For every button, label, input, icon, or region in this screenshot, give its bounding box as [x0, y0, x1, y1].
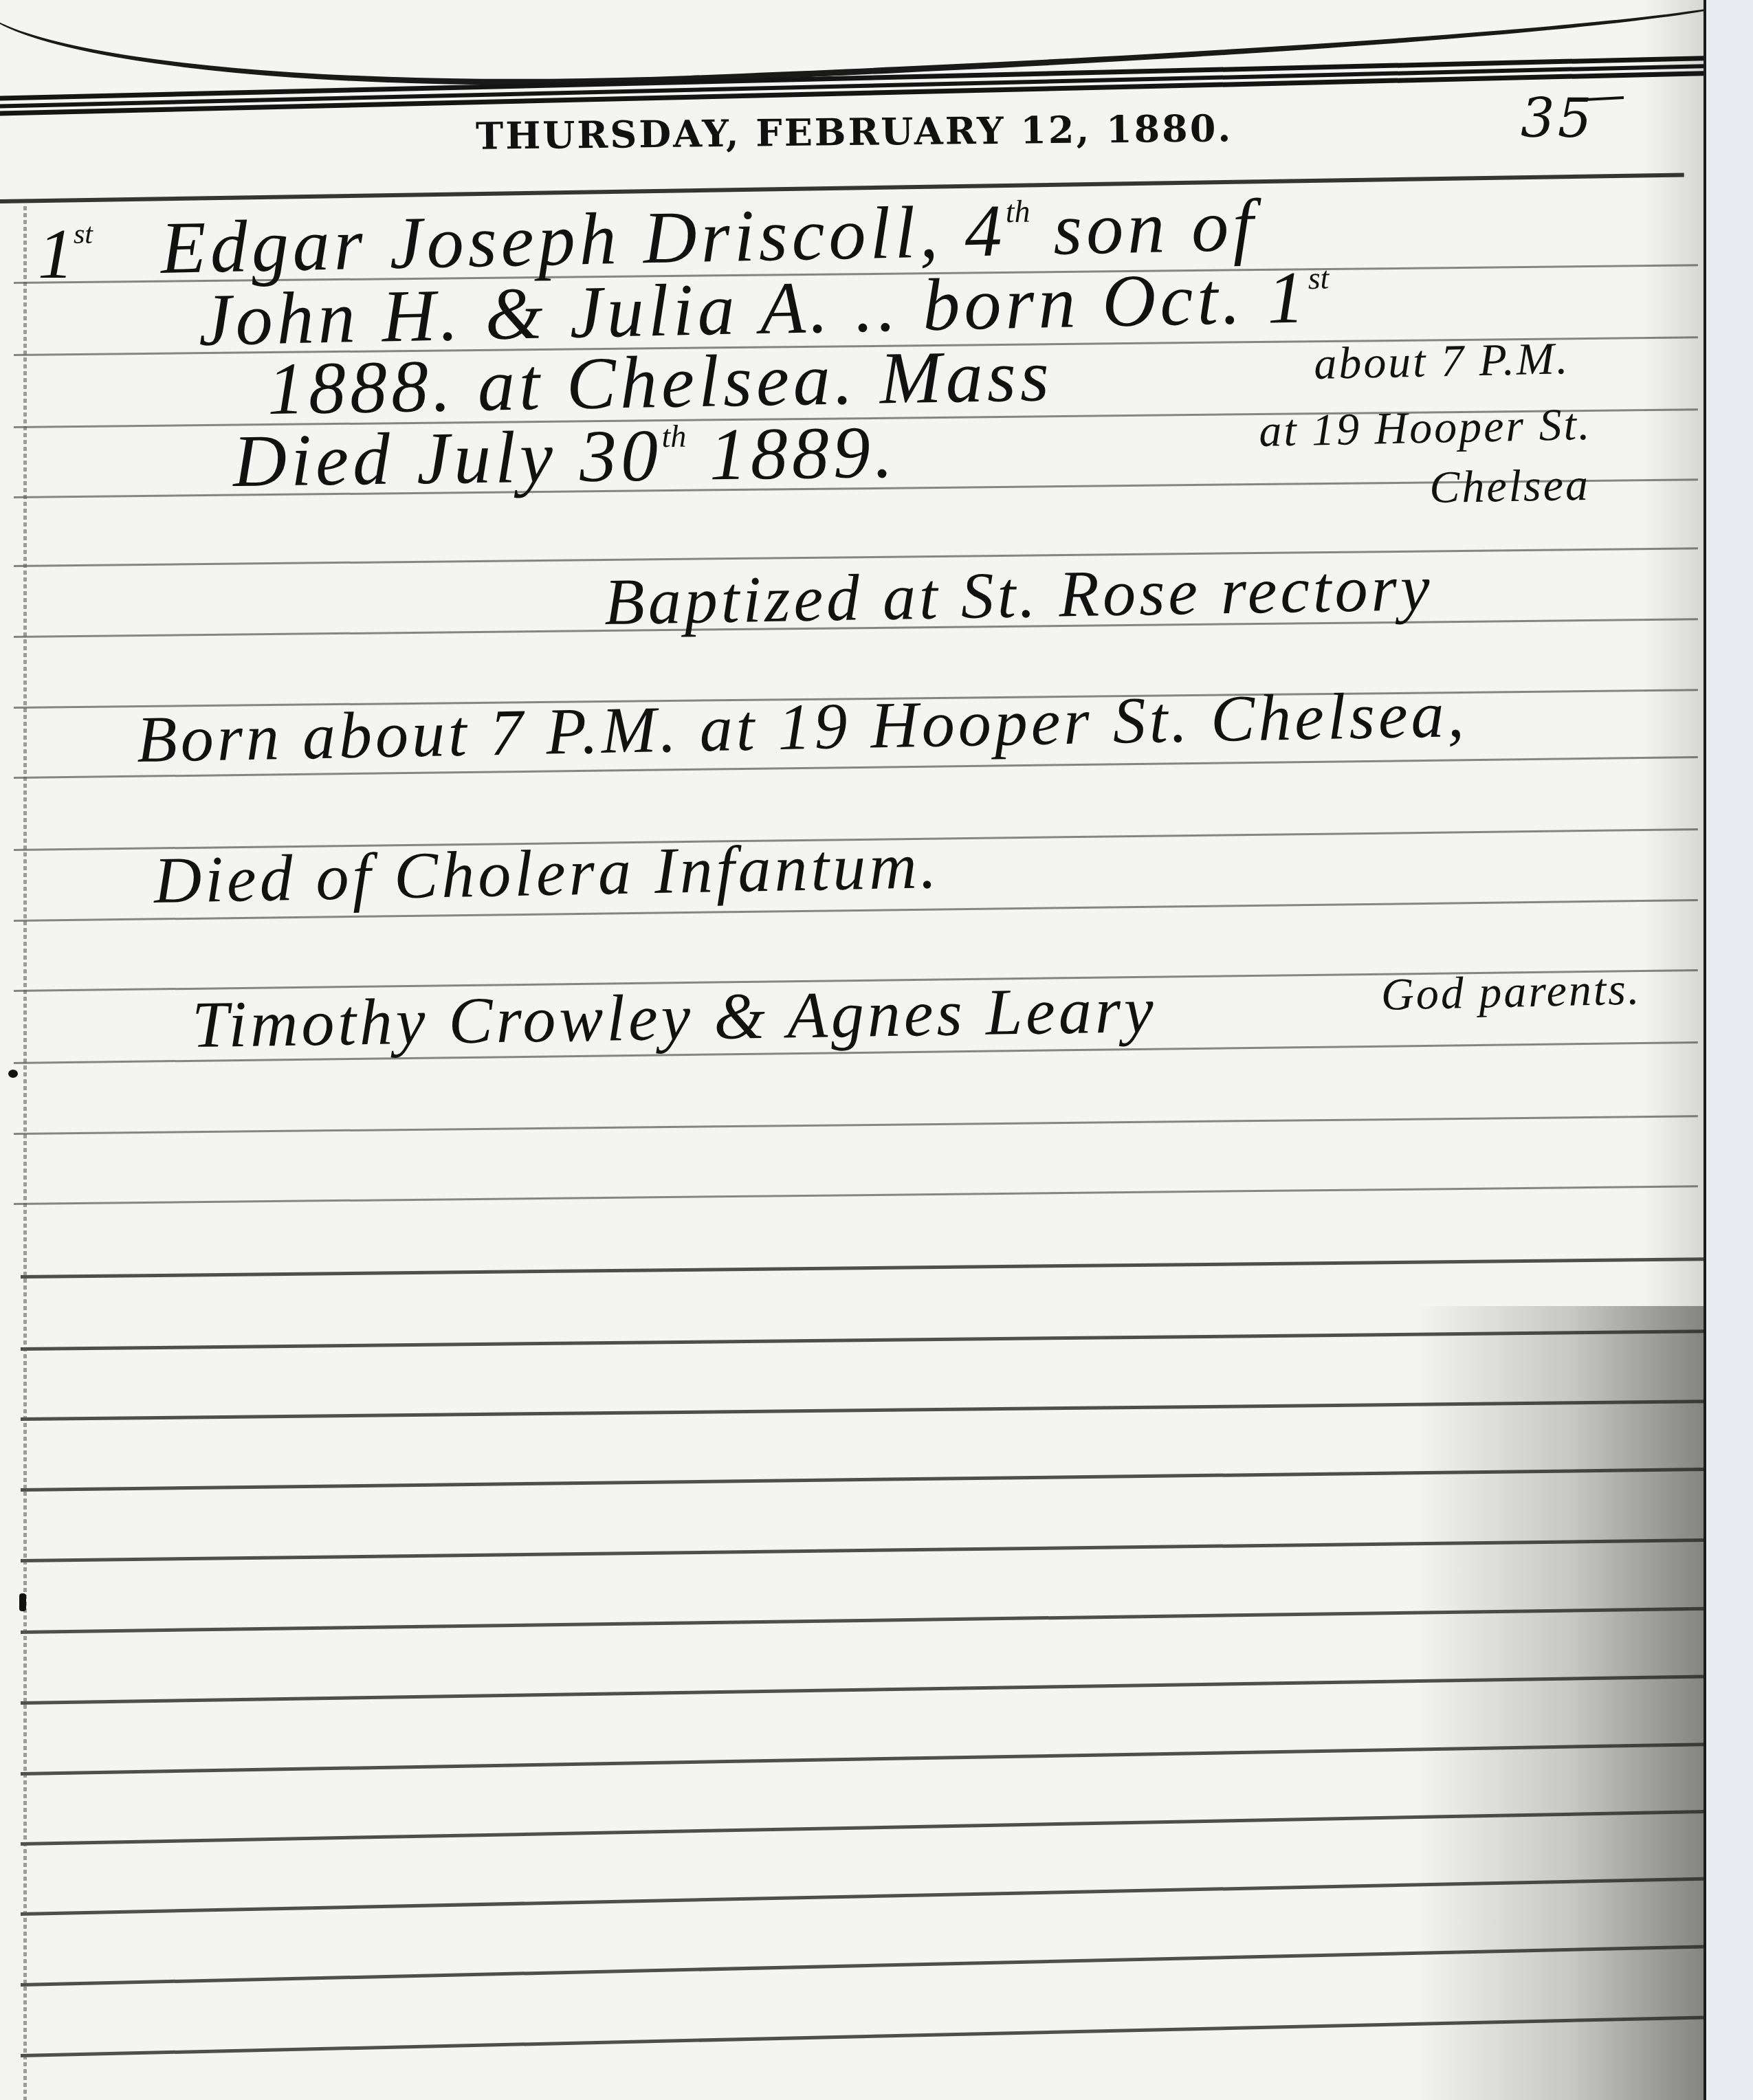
entry-line-death: Died July 30th 1889.	[232, 410, 897, 505]
annotation-address: at 19 Hooper St.	[1258, 399, 1592, 458]
annotation-time: about 7 P.M.	[1313, 333, 1570, 390]
printed-date-header: THURSDAY, FEBRUARY 12, 1880.	[476, 106, 1233, 158]
death-cause-note: Died of Cholera Infantum.	[153, 827, 941, 918]
godparents-label: God parents.	[1380, 963, 1642, 1021]
godparents-names: Timothy Crowley & Agnes Leary	[191, 971, 1157, 1063]
margin-mark	[19, 1593, 26, 1611]
baptism-note: Baptized at St. Rose rectory	[604, 549, 1433, 640]
ruled-line	[21, 1257, 1705, 1279]
scan-shadow	[1415, 1306, 1704, 2100]
margin-mark	[8, 1070, 18, 1078]
left-margin-line	[23, 206, 27, 2100]
page-number: 35	[1521, 88, 1594, 150]
ruled-line	[14, 1185, 1698, 1205]
ruled-line	[14, 1115, 1698, 1135]
entry-ordinal: 1st	[38, 213, 93, 295]
register-page: THURSDAY, FEBRUARY 12, 1880. 35 1st Edga…	[0, 0, 1706, 2100]
page-edge-shadow	[1642, 0, 1704, 1306]
annotation-city: Chelsea	[1429, 459, 1591, 514]
